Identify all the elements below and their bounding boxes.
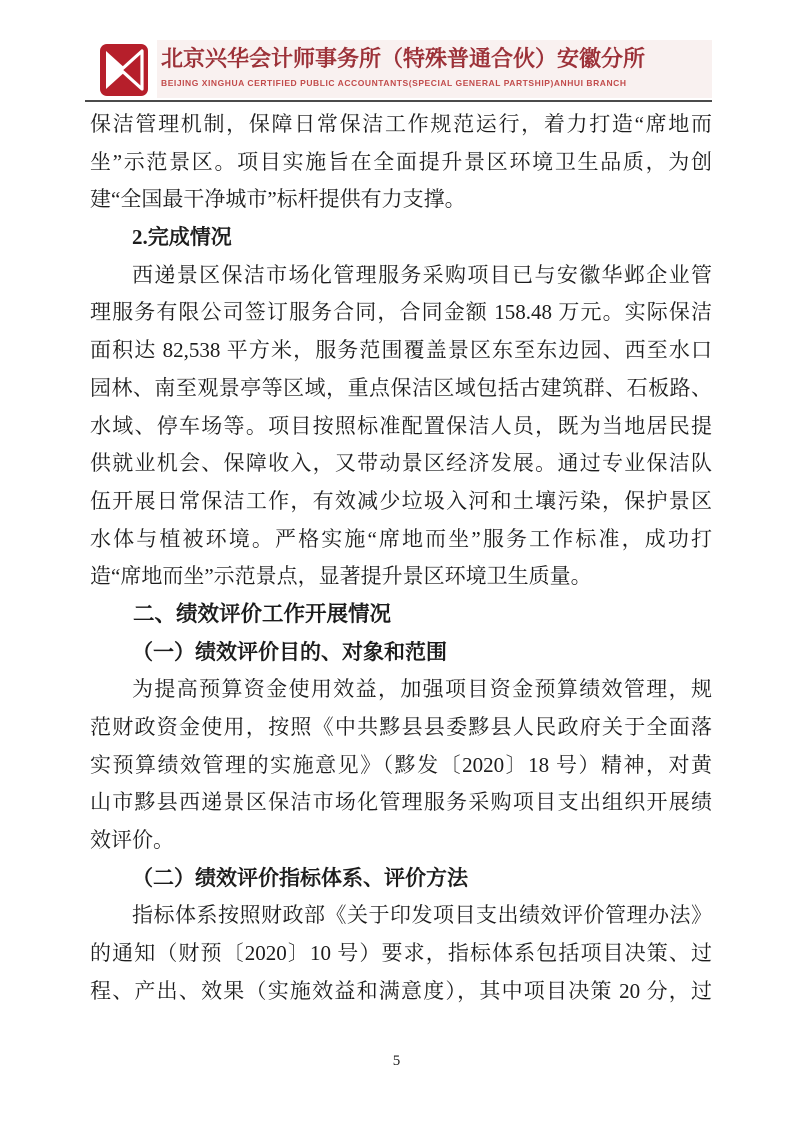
letterhead-titles: 北京兴华会计师事务所（特殊普通合伙）安徽分所 BEIJING XINGHUA C… (157, 40, 712, 98)
text-line: 水体与植被环境。严格实施“席地而坐”服务工作标准，成功打 (90, 521, 712, 559)
header-divider (85, 100, 712, 102)
text-line: 效评价。 (90, 822, 712, 860)
text-line: 保洁管理机制，保障日常保洁工作规范运行，着力打造“席地而 (90, 106, 712, 144)
text-line: 园林、南至观景亭等区域，重点保洁区域包括古建筑群、石板路、 (90, 370, 712, 408)
text-line: 指标体系按照财政部《关于印发项目支出绩效评价管理办法》 (90, 897, 712, 935)
heading-subsection-2: （二）绩效评价指标体系、评价方法 (90, 860, 712, 898)
text-line: 西递景区保洁市场化管理服务采购项目已与安徽华邺企业管 (90, 257, 712, 295)
document-page: 北京兴华会计师事务所（特殊普通合伙）安徽分所 BEIJING XINGHUA C… (0, 0, 793, 1122)
text-line: 坐”示范景区。项目实施旨在全面提升景区环境卫生品质，为创 (90, 144, 712, 182)
page-number: 5 (0, 1053, 793, 1070)
heading-section-2: 二、绩效评价工作开展情况 (90, 596, 712, 634)
firm-name-cn: 北京兴华会计师事务所（特殊普通合伙）安徽分所 (161, 43, 712, 75)
heading-completion-status: 2.完成情况 (90, 219, 712, 257)
text-line: 的通知（财预〔2020〕10 号）要求，指标体系包括项目决策、过 (90, 935, 712, 973)
text-line: 造“席地而坐”示范景点，显著提升景区环境卫生质量。 (90, 558, 712, 596)
firm-name-en: BEIJING XINGHUA CERTIFIED PUBLIC ACCOUNT… (161, 77, 712, 89)
letterhead: 北京兴华会计师事务所（特殊普通合伙）安徽分所 BEIJING XINGHUA C… (85, 40, 712, 98)
text-line: 程、产出、效果（实施效益和满意度），其中项目决策 20 分，过 (90, 973, 712, 1011)
xinghua-logo-icon (100, 44, 148, 96)
text-line: 建“全国最干净城市”标杆提供有力支撑。 (90, 181, 712, 219)
heading-subsection-1: （一）绩效评价目的、对象和范围 (90, 634, 712, 672)
text-line: 理服务有限公司签订服务合同，合同金额 158.48 万元。实际保洁 (90, 294, 712, 332)
text-line: 伍开展日常保洁工作，有效减少垃圾入河和土壤污染，保护景区 (90, 483, 712, 521)
text-line: 面积达 82,538 平方米，服务范围覆盖景区东至东边园、西至水口 (90, 332, 712, 370)
text-line: 实预算绩效管理的实施意见》（黟发〔2020〕18 号）精神，对黄 (90, 747, 712, 785)
text-line: 山市黟县西递景区保洁市场化管理服务采购项目支出组织开展绩 (90, 784, 712, 822)
text-line: 供就业机会、保障收入，又带动景区经济发展。通过专业保洁队 (90, 445, 712, 483)
text-line: 水域、停车场等。项目按照标准配置保洁人员，既为当地居民提 (90, 408, 712, 446)
text-line: 为提高预算资金使用效益，加强项目资金预算绩效管理，规 (90, 671, 712, 709)
text-line: 范财政资金使用，按照《中共黟县县委黟县人民政府关于全面落 (90, 709, 712, 747)
document-body: 保洁管理机制，保障日常保洁工作规范运行，着力打造“席地而 坐”示范景区。项目实施… (90, 106, 712, 1011)
